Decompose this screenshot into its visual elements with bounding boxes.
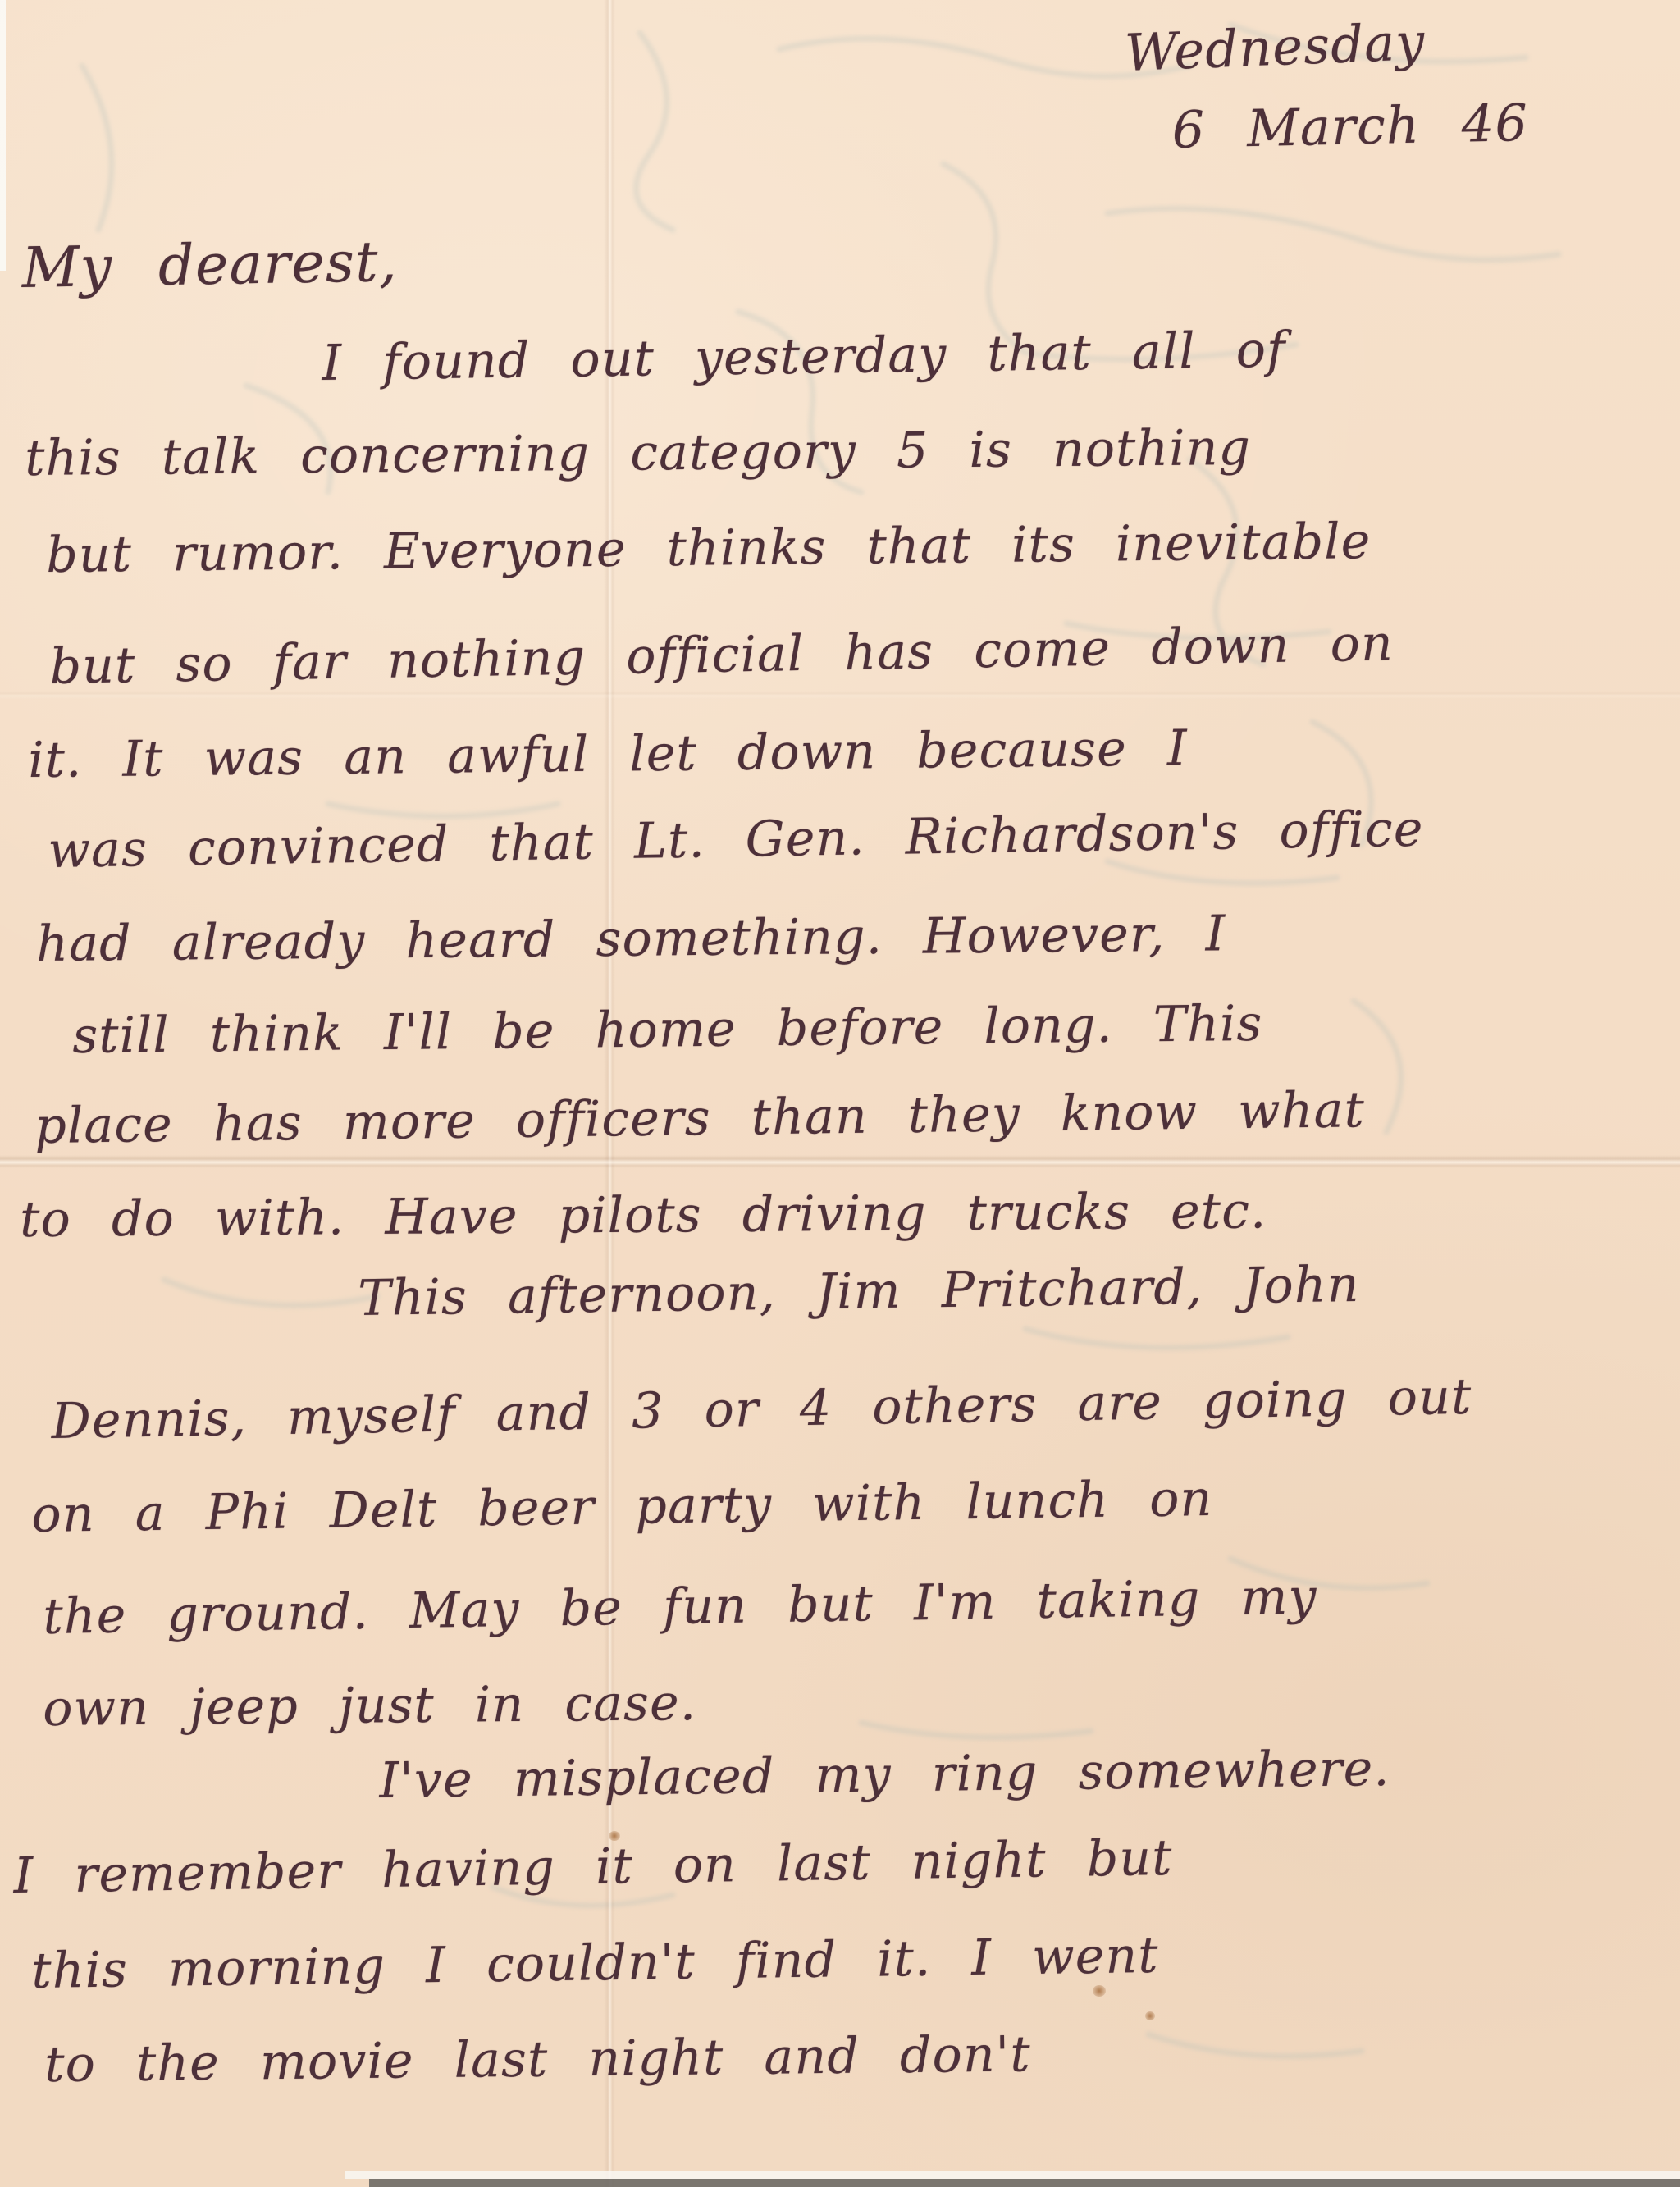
letter-line: but rumor. Everyone thinks that its inev… (46, 513, 1372, 584)
letter-line: this morning I couldn't find it. I went (31, 1927, 1159, 2000)
scan-edge-bottom-dark (369, 2179, 1680, 2187)
salutation: My dearest, (21, 230, 398, 301)
letter-line: own jeep just in case. (43, 1674, 696, 1737)
letter-line: on a Phi Delt beer party with lunch on (31, 1470, 1213, 1544)
paper-stain (1145, 2011, 1155, 2020)
paper-stain (1093, 1985, 1106, 1997)
horizontal-fold-crease (0, 1155, 1680, 1168)
date-weekday: Wednesday (1124, 11, 1427, 83)
letter-line: I found out yesterday that all of (322, 322, 1286, 392)
letter-line: the ground. May be fun but I'm taking my (43, 1568, 1317, 1646)
letter-line: place has more officers than they know w… (34, 1081, 1365, 1155)
letter-line: but so far nothing official has come dow… (49, 614, 1394, 696)
scan-edge-bottom-light (345, 2171, 1680, 2179)
letter-line: This afternoon, Jim Pritchard, John (358, 1256, 1360, 1327)
letter-line: was convinced that Lt. Gen. Richardson's… (48, 801, 1424, 879)
letter-line: I remember having it on last night but (13, 1829, 1173, 1905)
letter-line: to the movie last night and don't (44, 2025, 1031, 2093)
letter-line: this talk concerning category 5 is nothi… (25, 419, 1251, 487)
date-full: 6 March 46 (1171, 93, 1529, 160)
letter-line: had already heard something. However, I (36, 905, 1226, 973)
letter-page: Wednesday 6 March 46 My dearest, I found… (0, 0, 1680, 2187)
scan-edge-left (0, 0, 6, 271)
letter-line: I've misplaced my ring somewhere. (379, 1740, 1390, 1810)
letter-line: it. It was an awful let down because I (28, 719, 1188, 789)
letter-line: Dennis, myself and 3 or 4 others are goi… (51, 1368, 1472, 1450)
letter-line: to do with. Have pilots driving trucks e… (20, 1182, 1267, 1249)
letter-line: still think I'll be home before long. Th… (72, 995, 1263, 1065)
